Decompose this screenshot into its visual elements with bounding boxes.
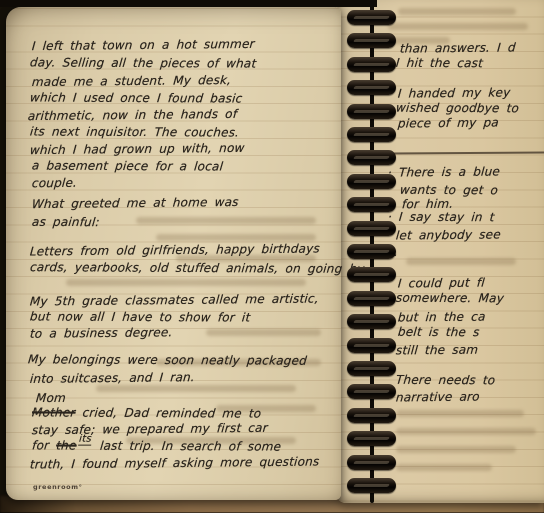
binding-coil [347, 104, 396, 119]
handwriting-line: I handed my key [397, 85, 511, 100]
binding-coil [347, 57, 396, 72]
brand-label: greenroom° [33, 483, 82, 491]
binding-coil [347, 455, 396, 470]
handwriting-line: cards, yearbooks, old stuffed animals, o… [29, 260, 365, 276]
handwriting-line-corrected: Mother cried, Dad reminded me to [31, 405, 262, 420]
bleed-through-mark [396, 428, 536, 435]
binding-coil [347, 10, 396, 25]
handwriting-line: There needs to [395, 373, 496, 388]
handwriting-line: day. Selling all the pieces of what [29, 55, 257, 70]
handwriting-line: narrative aro [395, 390, 480, 405]
spiral-binding [340, 0, 400, 505]
bleed-through-mark [398, 8, 516, 15]
binding-coil [347, 267, 396, 282]
handwriting-line: I could put fl [397, 276, 485, 291]
handwriting-line: as painful: [31, 215, 100, 229]
handwriting-line-corrected: for theits last trip. In search of some [31, 438, 282, 455]
handwriting-line: which I used once I found basic [29, 90, 243, 105]
bleed-through-mark [156, 234, 316, 241]
handwriting-text: for [32, 438, 57, 452]
handwriting-line: My 5th grade classmates called me artist… [29, 291, 319, 308]
handwriting-line: My belongings were soon neatly packaged [27, 352, 307, 367]
handwriting-text: cried, Dad reminded me to [75, 406, 262, 421]
handwriting-line: still the sam [395, 343, 478, 358]
handwriting-line: Mom [35, 391, 66, 405]
binding-coil [347, 174, 396, 189]
binding-coil [347, 197, 396, 212]
handwriting-text: last trip. In search of some [92, 439, 281, 454]
handwriting-line: · There is a blue [387, 164, 500, 179]
bleed-through-mark [396, 410, 524, 417]
handwriting-line: wants to get o [399, 183, 498, 198]
bleed-through-mark [206, 329, 321, 336]
bleed-through-mark [396, 446, 516, 453]
handwriting-line: truth, I found myself asking more questi… [29, 454, 320, 471]
handwriting-line: · I say stay in t [387, 210, 495, 225]
handwriting-line: but now all I have to show for it [29, 309, 251, 324]
handwriting-line: couple. [31, 176, 77, 190]
binding-coil [347, 338, 396, 353]
handwriting-line: but in the ca [397, 310, 486, 325]
binding-coil [347, 314, 396, 329]
binding-coil [347, 478, 396, 493]
handwriting-line: a basement piece for a local [31, 158, 223, 173]
handwriting-line: I left that town on a hot summer [31, 37, 255, 53]
handwriting-line: let anybody see [395, 227, 501, 242]
background-edge [0, 0, 377, 7]
bleed-through-mark [396, 464, 492, 471]
separator-line [388, 151, 544, 154]
handwriting-line: I hit the cast [395, 56, 483, 70]
handwriting-line: piece of my pa [397, 115, 499, 130]
handwriting-line: than answers. I d [399, 40, 516, 55]
bleed-through-mark [406, 258, 516, 265]
binding-coil [347, 244, 396, 259]
handwriting-line: somewhere. May [395, 291, 504, 306]
binding-coil [347, 33, 396, 48]
struck-word: Mother [31, 405, 76, 419]
binding-coil [347, 291, 396, 306]
handwriting-line: wished goodbye to [395, 101, 519, 116]
binding-coil [347, 80, 396, 95]
handwriting-line: to a business degree. [29, 325, 173, 340]
notebook-photo: than answers. I d I hit the cast I hande… [0, 0, 544, 513]
handwriting-line: What greeted me at home was [31, 195, 239, 211]
binding-coil [347, 221, 396, 236]
binding-coil [347, 408, 396, 423]
bleed-through-mark [66, 279, 306, 286]
handwriting-line: belt is the s [397, 325, 480, 339]
binding-coil [347, 384, 396, 399]
handwriting-line: its next inquisitor. The couches. [29, 124, 239, 139]
handwriting-line: into suitcases, and I ran. [29, 370, 195, 386]
binding-coil [347, 431, 396, 446]
handwriting-line: arithmetic, now in the hands of [27, 107, 237, 123]
handwriting-line: which I had grown up with, now [29, 141, 245, 157]
bleed-through-mark [388, 23, 528, 30]
binding-coil [347, 150, 396, 165]
binding-coil [347, 361, 396, 376]
handwriting-line: made me a student. My desk, [31, 73, 231, 89]
bleed-through-mark [96, 385, 296, 392]
left-page: I left that town on a hot summer day. Se… [6, 7, 341, 500]
struck-word: the [56, 438, 78, 452]
bleed-through-mark [136, 217, 316, 224]
handwriting-line: stay safe; we prepared my first car [31, 421, 268, 437]
inserted-word: its [79, 434, 93, 446]
binding-coil [347, 127, 396, 142]
